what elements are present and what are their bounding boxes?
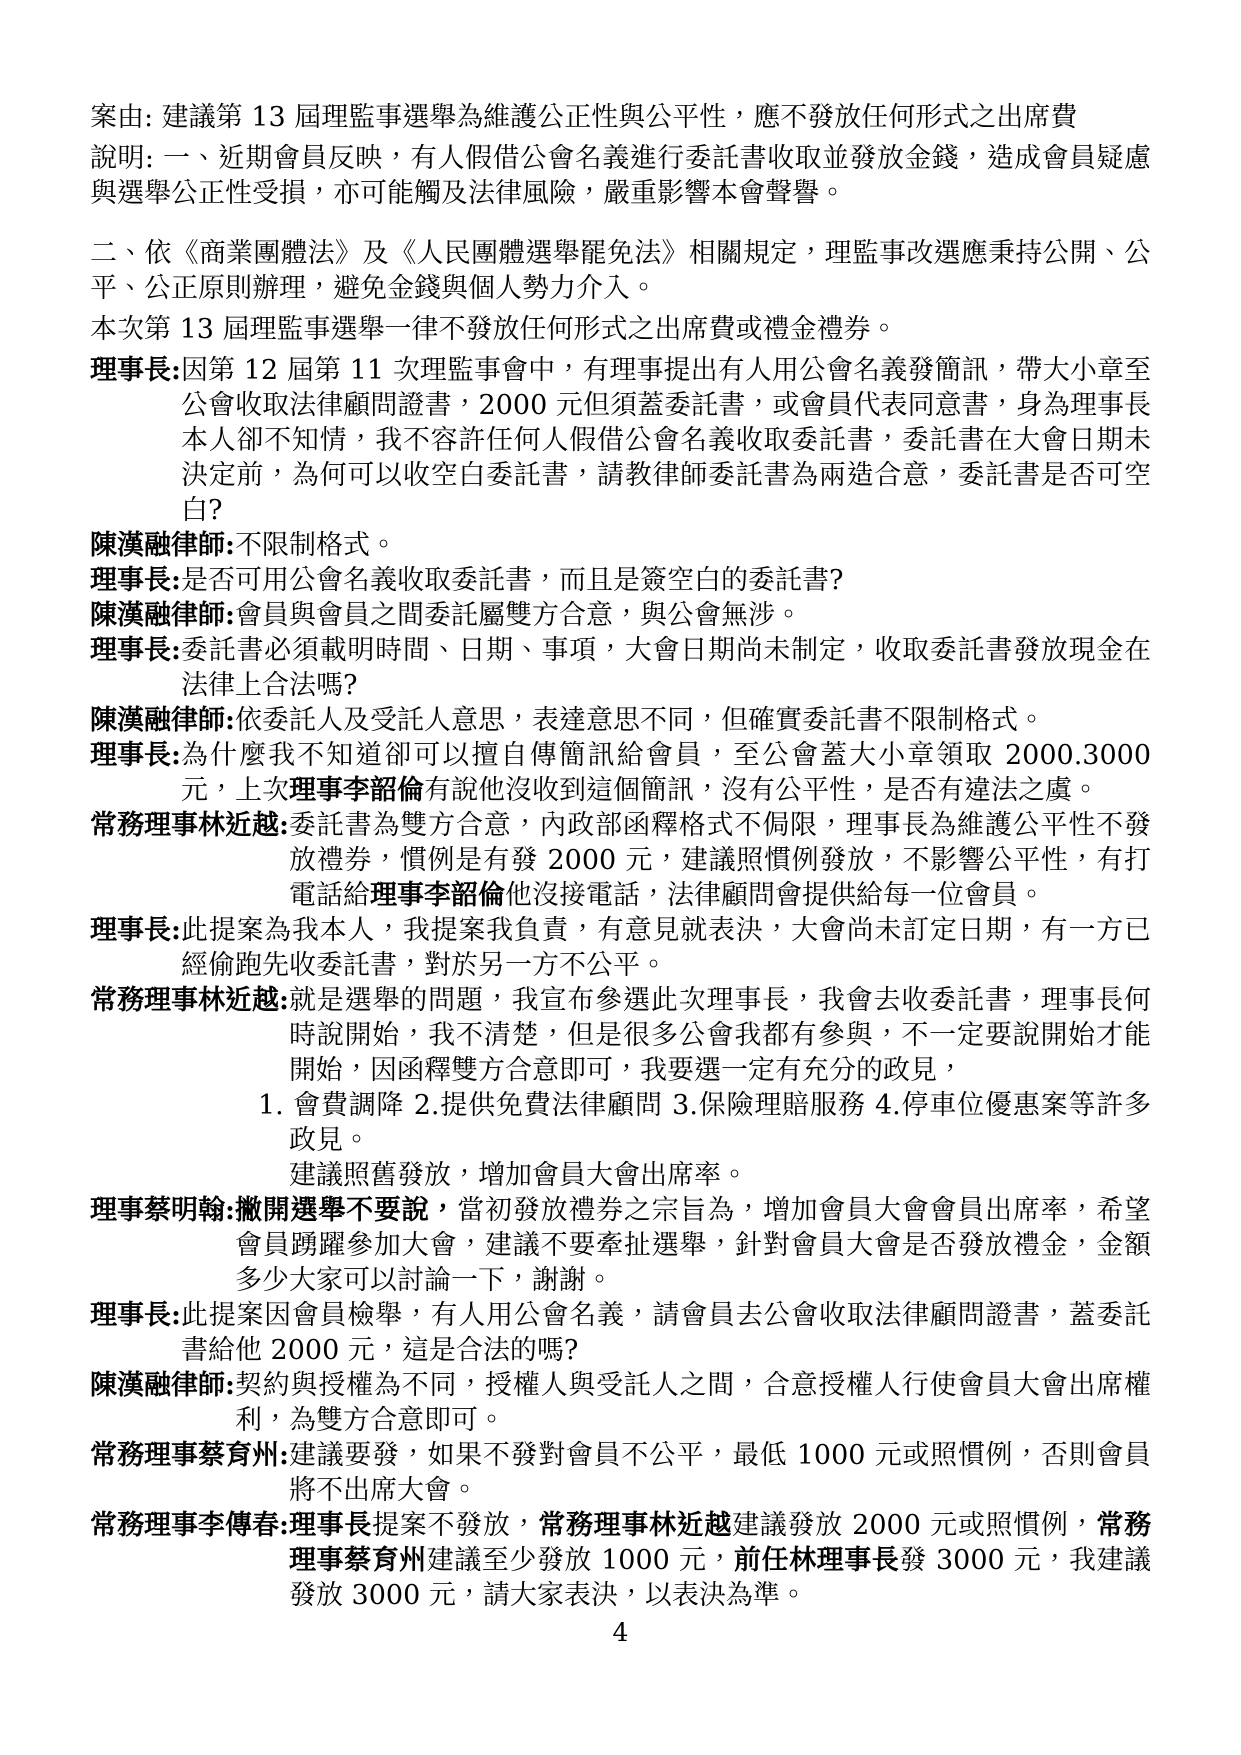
speaker-label: 陳漢融律師: — [90, 1368, 235, 1403]
text-paragraph: 本次第 13 屆理監事選舉一律不發放任何形式之出席費或禮金禮券。 — [90, 312, 1151, 347]
dialogue-paragraph: 陳漢融律師:契約與授權為不同，授權人與受託人之間，合意授權人行使會員大會出席權利… — [90, 1368, 1151, 1438]
speech-content: 建議要發，如果不發對會員不公平，最低 1000 元或照慣例，否則會員將不出席大會… — [289, 1438, 1151, 1508]
dialogue-paragraph: 陳漢融律師:不限制格式。 — [90, 528, 1151, 563]
dialogue-paragraph: 陳漢融律師:依委託人及受託人意思，表達意思不同，但確實委託書不限制格式。 — [90, 703, 1151, 738]
dialogue-paragraph: 常務理事李傳春:理事長提案不發放，常務理事林近越建議發放 2000 元或照慣例，… — [90, 1508, 1151, 1613]
speaker-label: 常務理事蔡育州: — [90, 1438, 289, 1473]
speech-content: 不限制格式。 — [235, 528, 1151, 563]
dialogue-paragraph: 理事長:因第 12 屆第 11 次理監事會中，有理事提出有人用公會名義發簡訊，帶… — [90, 353, 1151, 528]
speaker-label: 理事蔡明翰: — [90, 1193, 235, 1228]
speaker-label: 常務理事李傳春: — [90, 1508, 289, 1543]
dialogue-paragraph: 常務理事蔡育州:建議要發，如果不發對會員不公平，最低 1000 元或照慣例，否則… — [90, 1438, 1151, 1508]
speech-content: 此提案為我本人，我提案我負責，有意見就表決，大會尚未訂定日期，有一方已經偷跑先收… — [181, 913, 1151, 983]
speech-content: 為什麼我不知道卻可以擅自傳簡訊給會員，至公會蓋大小章領取 2000.3000 元… — [181, 738, 1151, 808]
speech-subline: 1. 會費調降 2.提供免費法律顧問 3.保險理賠服務 4.停車位優惠案等許多政… — [289, 1088, 1151, 1158]
speaker-label: 理事長: — [90, 913, 181, 948]
emphasized-name: 撇開選舉不要說， — [235, 1195, 457, 1226]
emphasized-name: 前任林理事長 — [734, 1545, 899, 1576]
text-paragraph: 二、依《商業團體法》及《人民團體選舉罷免法》相關規定，理監事改選應秉持公開、公平… — [90, 236, 1151, 306]
emphasized-name: 理事李韶倫 — [370, 880, 505, 911]
text-paragraph: 說明: 一、近期會員反映，有人假借公會名義進行委託書收取並發放金錢，造成會員疑慮… — [90, 141, 1151, 211]
speaker-label: 理事長: — [90, 563, 181, 598]
speaker-label: 理事長: — [90, 1298, 181, 1333]
speech-content: 就是選舉的問題，我宣布參選此次理事長，我會去收委託書，理事長何時說開始，我不清楚… — [289, 983, 1151, 1193]
speech-content: 契約與授權為不同，授權人與受託人之間，合意授權人行使會員大會出席權利，為雙方合意… — [235, 1368, 1151, 1438]
emphasized-name: 常務理事林近越 — [538, 1510, 732, 1541]
dialogue-paragraph: 理事長:為什麼我不知道卻可以擅自傳簡訊給會員，至公會蓋大小章領取 2000.30… — [90, 738, 1151, 808]
document-body: 案由: 建議第 13 屆理監事選舉為維護公正性與公平性，應不發放任何形式之出席費… — [90, 100, 1151, 1613]
speech-content: 理事長提案不發放，常務理事林近越建議發放 2000 元或照慣例，常務理事蔡育州建… — [289, 1508, 1151, 1613]
dialogue-paragraph: 常務理事林近越:就是選舉的問題，我宣布參選此次理事長，我會去收委託書，理事長何時… — [90, 983, 1151, 1193]
dialogue-paragraph: 陳漢融律師:會員與會員之間委託屬雙方合意，與公會無涉。 — [90, 598, 1151, 633]
dialogue-paragraph: 常務理事林近越:委託書為雙方合意，內政部函釋格式不侷限，理事長為維護公平性不發放… — [90, 808, 1151, 913]
document-page: 案由: 建議第 13 屆理監事選舉為維護公正性與公平性，應不發放任何形式之出席費… — [0, 0, 1241, 1755]
speech-content: 委託書為雙方合意，內政部函釋格式不侷限，理事長為維護公平性不發放禮券，慣例是有發… — [289, 808, 1151, 913]
dialogue-paragraph: 理事長:是否可用公會名義收取委託書，而且是簽空白的委託書? — [90, 563, 1151, 598]
speech-content: 因第 12 屆第 11 次理監事會中，有理事提出有人用公會名義發簡訊，帶大小章至… — [181, 353, 1151, 528]
speaker-label: 理事長: — [90, 353, 181, 388]
speaker-label: 常務理事林近越: — [90, 808, 289, 843]
dialogue-paragraph: 理事長:此提案因會員檢舉，有人用公會名義，請會員去公會收取法律顧問證書，蓋委託書… — [90, 1298, 1151, 1368]
page-footer: 4 — [0, 1618, 1241, 1648]
text-paragraph: 案由: 建議第 13 屆理監事選舉為維護公正性與公平性，應不發放任何形式之出席費 — [90, 100, 1151, 135]
emphasized-name: 理事長 — [289, 1510, 372, 1541]
speaker-label: 理事長: — [90, 633, 181, 668]
blank-line — [90, 217, 1151, 236]
dialogue-paragraph: 理事長:委託書必須載明時間、日期、事項，大會日期尚未制定，收取委託書發放現金在法… — [90, 633, 1151, 703]
speech-content: 會員與會員之間委託屬雙方合意，與公會無涉。 — [235, 598, 1151, 633]
speech-content: 依委託人及受託人意思，表達意思不同，但確實委託書不限制格式。 — [235, 703, 1151, 738]
dialogue-paragraph: 理事長:此提案為我本人，我提案我負責，有意見就表決，大會尚未訂定日期，有一方已經… — [90, 913, 1151, 983]
speaker-label: 陳漢融律師: — [90, 528, 235, 563]
emphasized-name: 理事李韶倫 — [289, 775, 424, 806]
speaker-label: 陳漢融律師: — [90, 703, 235, 738]
page-number: 4 — [613, 1618, 629, 1647]
speech-content: 委託書必須載明時間、日期、事項，大會日期尚未制定，收取委託書發放現金在法律上合法… — [181, 633, 1151, 703]
speaker-label: 常務理事林近越: — [90, 983, 289, 1018]
speaker-label: 陳漢融律師: — [90, 598, 235, 633]
speech-content: 是否可用公會名義收取委託書，而且是簽空白的委託書? — [181, 563, 1151, 598]
speaker-label: 理事長: — [90, 738, 181, 773]
speech-content: 撇開選舉不要說，當初發放禮券之宗旨為，增加會員大會會員出席率，希望會員踴躍參加大… — [235, 1193, 1151, 1298]
speech-subline: 建議照舊發放，增加會員大會出席率。 — [289, 1158, 1151, 1193]
dialogue-paragraph: 理事蔡明翰:撇開選舉不要說，當初發放禮券之宗旨為，增加會員大會會員出席率，希望會… — [90, 1193, 1151, 1298]
speech-content: 此提案因會員檢舉，有人用公會名義，請會員去公會收取法律顧問證書，蓋委託書給他 2… — [181, 1298, 1151, 1368]
